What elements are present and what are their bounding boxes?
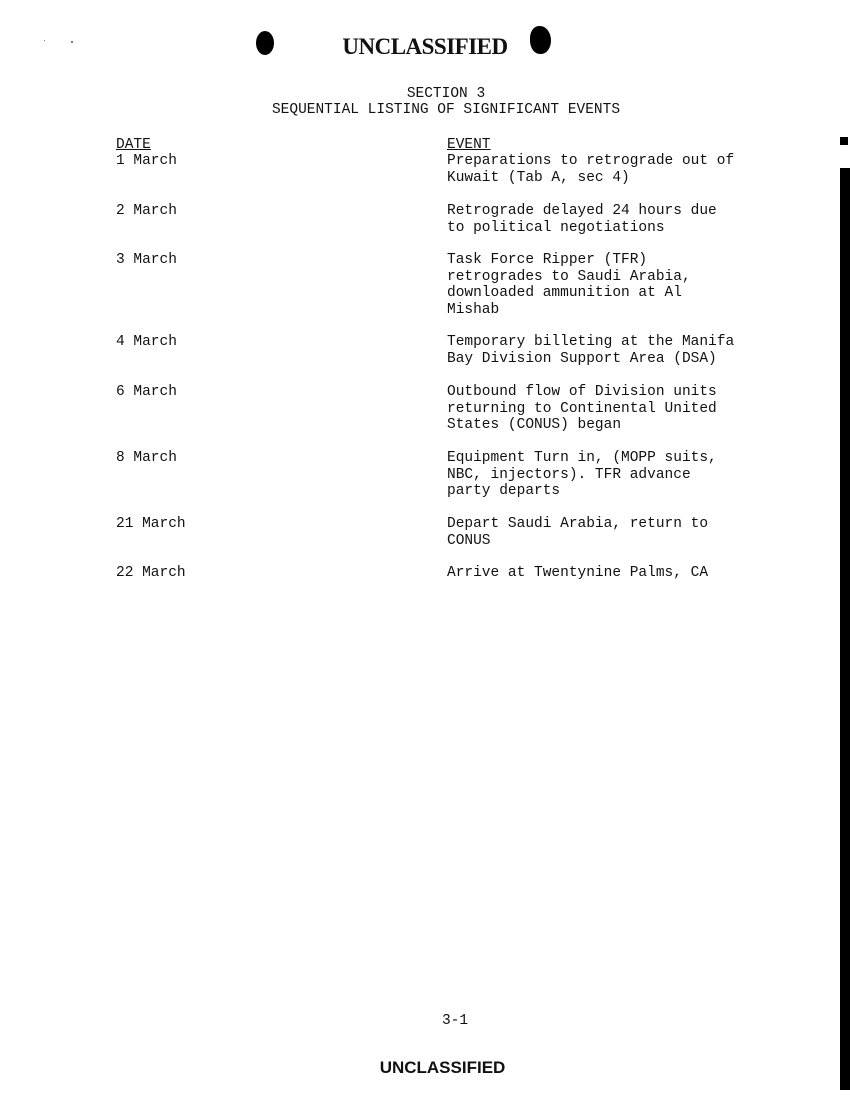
- event-description: Task Force Ripper (TFR) retrogrades to S…: [447, 252, 797, 318]
- section-heading: SECTION 3 SEQUENTIAL LISTING OF SIGNIFIC…: [0, 86, 850, 118]
- event-description: Equipment Turn in, (MOPP suits, NBC, inj…: [447, 450, 797, 500]
- event-date: 8 March: [116, 450, 177, 467]
- event-date: 2 March: [116, 203, 177, 220]
- scan-edge-mark: [840, 137, 848, 145]
- classification-header: UNCLASSIFIED: [0, 34, 850, 60]
- event-description: Preparations to retrograde out of Kuwait…: [447, 153, 797, 186]
- event-date: 3 March: [116, 252, 177, 269]
- event-date: 4 March: [116, 334, 177, 351]
- event-description: Depart Saudi Arabia, return to CONUS: [447, 516, 797, 549]
- event-description: Arrive at Twentynine Palms, CA: [447, 565, 797, 582]
- scan-edge-bar: [840, 168, 850, 1090]
- classification-footer: UNCLASSIFIED: [0, 1058, 850, 1078]
- event-description: Retrograde delayed 24 hours due to polit…: [447, 203, 797, 236]
- event-description: Outbound flow of Division units returnin…: [447, 384, 797, 434]
- event-date: 21 March: [116, 516, 186, 533]
- event-description: Temporary billeting at the Manifa Bay Di…: [447, 334, 797, 367]
- page-number: 3-1: [0, 1013, 850, 1030]
- column-header-date: DATE: [116, 137, 151, 154]
- section-title: SEQUENTIAL LISTING OF SIGNIFICANT EVENTS: [0, 102, 850, 118]
- event-date: 1 March: [116, 153, 177, 170]
- event-date: 22 March: [116, 565, 186, 582]
- section-number: SECTION 3: [0, 86, 850, 102]
- event-date: 6 March: [116, 384, 177, 401]
- column-header-event: EVENT: [447, 137, 797, 154]
